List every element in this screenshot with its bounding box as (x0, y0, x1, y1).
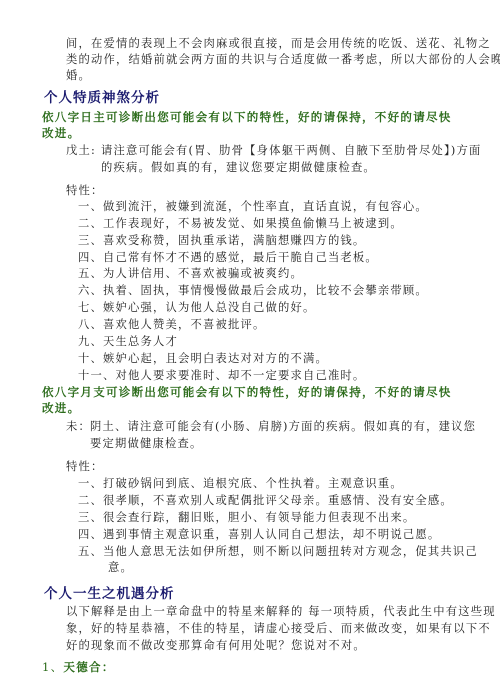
section-title: 个人一生之机遇分析 (44, 582, 175, 602)
trait-item: 一、做到流汗，被嫌到流涎，个性率直，直话直说，有包容心。 (78, 199, 428, 215)
trait-item: 五、当他人意思无法如伊所想，则不断以问题扭转对方观念，促其共识己 (78, 544, 478, 560)
trait-item: 三、喜欢受称赞，固执重承诺，满脑想赚四方的钱。 (78, 233, 365, 249)
trait-item: 一、打破砂锅问到底、追根究底、个性执着。主观意识重。 (78, 476, 403, 492)
star-item-heading: 1、天德合： (42, 659, 115, 675)
month-branch-heading: 改进。 (42, 400, 80, 416)
star-item-number: 1、 (42, 660, 63, 674)
trait-item: 三、很会查行踪，翻旧账，胆小、有领导能力但表现不出来。 (78, 510, 415, 526)
health-text: 的疾病。假如真的有，建议您要定期做健康检查。 (101, 160, 376, 176)
trait-item: 八、喜欢他人赞美，不喜被批评。 (78, 317, 265, 333)
section-title: 个人特质神煞分析 (44, 86, 160, 106)
section-intro-line: 以下解释是由上一章命盘中的特星来解释的 每一项特质，代表此生中有这些现 (66, 604, 496, 620)
day-master-heading: 依八字日主可诊断出您可能会有以下的特性，好的请保持，不好的请尽快 (42, 109, 452, 125)
trait-item: 二、很孝顺，不喜欢别人或配偶批评父母亲。重感情、没有安全感。 (78, 493, 453, 509)
trait-item: 九、天生总务人才 (78, 334, 178, 350)
trait-item: 六、执着、固执，事情慢慢做最后会成功，比较不会攀亲带顾。 (78, 283, 428, 299)
health-label: 戊土: (66, 143, 96, 159)
intro-line: 间，在爱情的表现上不会肉麻或很直接，而是会用传统的吃饭、送花、礼物之 (66, 36, 491, 52)
section-intro-line: 象，好的特星恭禧，不佳的特星，请虚心接受后、而来做改变，如果有以下不 (66, 621, 491, 637)
trait-item: 四、遇到事情主观意识重，喜别人认同自己想法，却不明说己愿。 (78, 527, 440, 543)
month-branch-heading: 依八字月支可诊断出您可能会有以下的特性，好的请保持，不好的请尽快 (42, 384, 452, 400)
traits-label: 特性： (66, 183, 104, 199)
health-text: 阴土、请注意可能会有(小肠、肩膀)方面的疾病。假如真的有，建议您 (90, 419, 476, 435)
trait-item: 四、自己常有怀才不遇的感觉，最后干脆自己当老板。 (78, 250, 378, 266)
trait-item: 十、嫉妒心起，且会明白表达对对方的不满。 (78, 351, 328, 367)
trait-item: 五、为人讲信用、不喜欢被骗或被爽约。 (78, 266, 303, 282)
trait-item: 七、嫉妒心强，认为他人总没自己做的好。 (78, 300, 315, 316)
star-item-name: 天德合： (63, 660, 114, 674)
day-master-heading: 改进。 (42, 125, 80, 141)
trait-item-continuation: 意。 (108, 560, 133, 576)
health-text: 请注意可能会有(胃、肋骨【身体躯干两侧、自腋下至肋骨尽处】)方面 (101, 143, 481, 159)
health-label: 未： (66, 419, 91, 435)
intro-line: 婚。 (66, 68, 91, 84)
document-page: 间，在爱情的表现上不会肉麻或很直接，而是会用传统的吃饭、送花、礼物之 类的动作，… (0, 0, 500, 697)
trait-item: 二、工作表现好，不易被发觉、如果摸鱼偷懒马上被逮到。 (78, 216, 403, 232)
trait-item: 十一、对他人要求要准时、却不一定要求自己准时。 (78, 368, 365, 384)
traits-label: 特性： (66, 459, 104, 475)
section-intro-line: 好的现象而不做改变那算命有何用处呢？您说对不对。 (66, 638, 366, 654)
intro-line: 类的动作，结婚前就会两方面的共识与合适度做一番考虑，所以大部份的人会晚 (66, 52, 500, 68)
health-text: 要定期做健康检查。 (90, 436, 202, 452)
